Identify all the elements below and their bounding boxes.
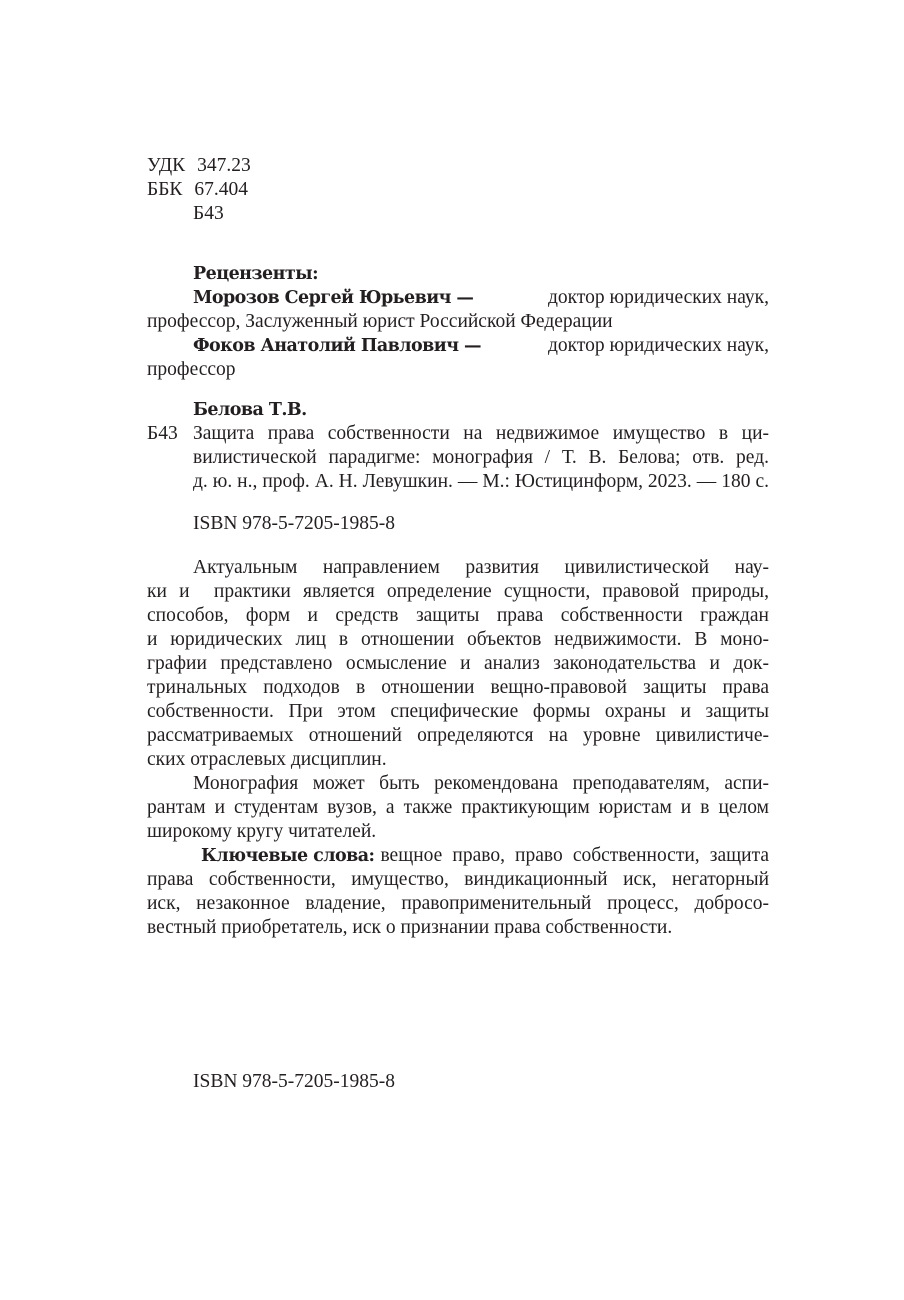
reviewer-1-name: Морозов Сергей Юрьевич — [193, 286, 473, 310]
reviewer-1-line-1: Морозов Сергей Юрьевич — доктор юридичес… [193, 286, 769, 310]
record-line-1: Защита права собственности на недвижимое… [193, 422, 769, 446]
keywords-line: права собственности, имущество, виндикац… [147, 868, 769, 892]
abstract-line: ки и практики является определение сущно… [147, 580, 769, 604]
bbk-value: 67.404 [194, 179, 248, 200]
reviewers-heading: Рецензенты: [193, 262, 318, 286]
abstract-line: широкому кругу читателей. [147, 820, 376, 844]
abstract-line: собственности. При этом специфические фо… [147, 700, 769, 724]
reviewer-2-degree: доктор юридических наук, [548, 334, 769, 358]
reviewer-2-name: Фоков Анатолий Павлович — [193, 334, 481, 358]
abstract-line: рассматриваемых отношений определяются н… [147, 724, 769, 748]
keywords-label: Ключевые слова: [201, 844, 374, 868]
udk-label: УДК [147, 155, 185, 176]
keywords-line-1: Ключевые слова: вещное право, право собс… [201, 844, 769, 868]
abstract-line: Актуальным направлением развития цивилис… [193, 556, 769, 580]
abstract-line: и юридических лиц в отношении объектов н… [147, 628, 769, 652]
author-mark: Б43 [193, 202, 224, 226]
udk-line: УДК347.23 [147, 154, 251, 178]
keywords-line: вестный приобретатель, иск о признании п… [147, 916, 672, 940]
reviewer-2-line-2: профессор [147, 358, 236, 382]
imprint-page: УДК347.23 ББК67.404 Б43 Рецензенты: Моро… [0, 0, 904, 1300]
abstract-line: способов, форм и средств защиты права со… [147, 604, 769, 628]
record-isbn: ISBN 978-5-7205-1985-8 [193, 512, 395, 536]
abstract-line: графии представлено осмысление и анализ … [147, 652, 769, 676]
abstract-line: тринальных подходов в отношении вещно-пр… [147, 676, 769, 700]
bbk-line: ББК67.404 [147, 178, 248, 202]
reviewer-2-line-1: Фоков Анатолий Павлович — доктор юридиче… [193, 334, 769, 358]
record-line-3: д. ю. н., проф. А. Н. Левушкин. — М.: Юс… [193, 470, 769, 494]
abstract-line: ских отраслевых дисциплин. [147, 748, 387, 772]
bbk-label: ББК [147, 179, 182, 200]
record-author: Белова Т.В. [193, 398, 307, 422]
record-mark: Б43 [147, 422, 178, 446]
keywords-text: вещное право, право собственности, защит… [380, 844, 769, 868]
abstract-line: рантам и студентам вузов, а также практи… [147, 796, 769, 820]
abstract-line: Монография может быть рекомендована преп… [193, 772, 769, 796]
isbn-bottom: ISBN 978-5-7205-1985-8 [193, 1070, 395, 1094]
reviewer-1-line-2: профессор, Заслуженный юрист Российской … [147, 310, 613, 334]
reviewer-1-degree: доктор юридических наук, [548, 286, 769, 310]
record-line-2: вилистической парадигме: монография / Т.… [193, 446, 769, 470]
udk-value: 347.23 [197, 155, 251, 176]
keywords-line: иск, незаконное владение, правопримените… [147, 892, 769, 916]
